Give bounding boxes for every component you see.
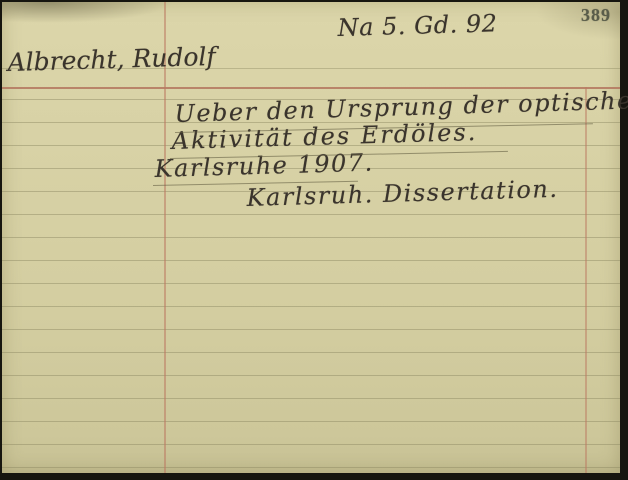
right-margin-rule: [585, 87, 587, 473]
page-number-stamp: 389: [581, 5, 611, 26]
left-margin-rule: [164, 2, 166, 473]
catalog-card: 389 Na 5. Gd. 92 Albrecht, Rudolf Ueber …: [2, 2, 620, 473]
author-heading: Albrecht, Rudolf: [7, 44, 216, 75]
scan-backdrop: 389 Na 5. Gd. 92 Albrecht, Rudolf Ueber …: [0, 0, 628, 480]
call-number: Na 5. Gd. 92: [337, 11, 497, 40]
